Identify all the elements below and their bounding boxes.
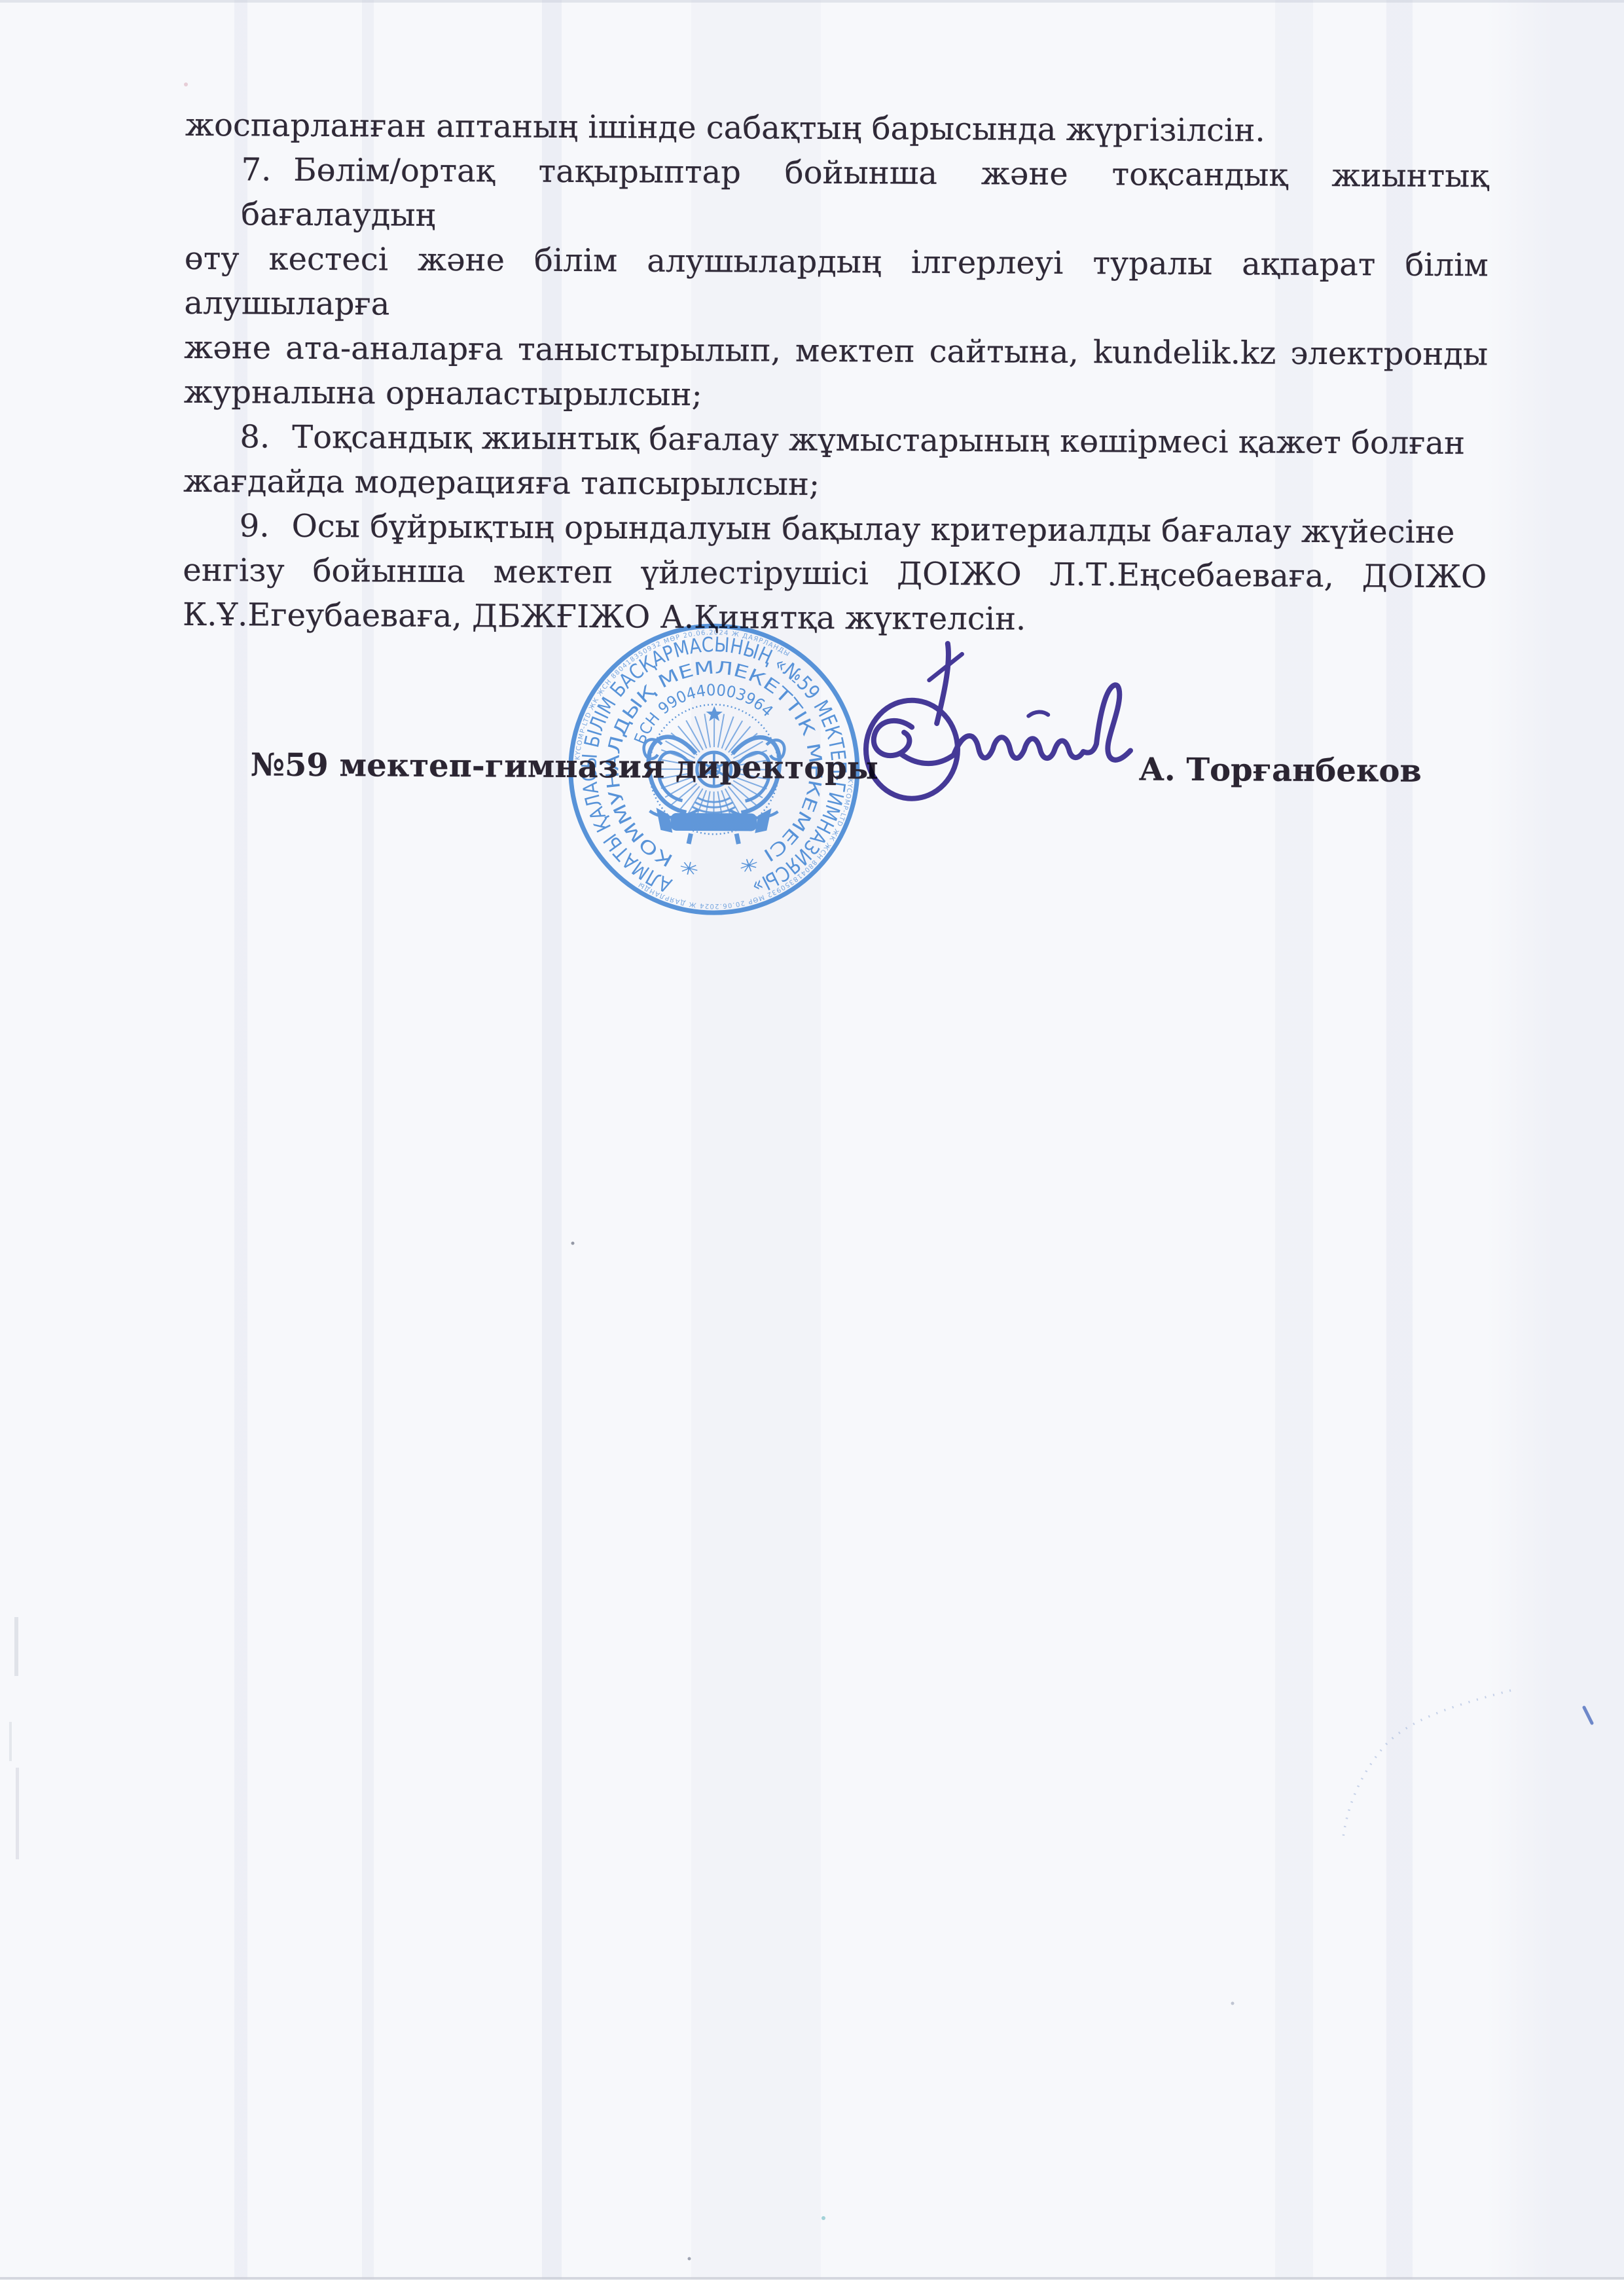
list-number: 7. bbox=[241, 151, 271, 188]
list-number: 9. bbox=[240, 507, 270, 544]
emblem-banner-text: QAZAQSTAN bbox=[681, 818, 747, 828]
text-line: өту кестесі және білім алушылардың ілгер… bbox=[184, 236, 1489, 332]
scan-edge-line bbox=[0, 2277, 1624, 2280]
paragraph: жоспарланған аптаның ішінде сабақтың бар… bbox=[185, 103, 1489, 154]
director-signature bbox=[834, 615, 1176, 820]
scan-content: KYCOMP-LTD ЖК ЖСН 880418350932 МӨР 20.06… bbox=[0, 0, 1624, 2287]
text-line: жоспарланған аптаның ішінде сабақтың бар… bbox=[185, 103, 1489, 154]
text-line: және ата-аналарға таныстырылып, мектеп с… bbox=[184, 325, 1488, 376]
text-line: 9.Осы бұйрықтың орындалуын бақылау крите… bbox=[183, 503, 1487, 555]
director-title-label: №59 мектеп-гимназия директоры bbox=[251, 746, 878, 786]
text-line: 8.Тоқсандық жиынтық бағалау жұмыстарының… bbox=[183, 414, 1487, 465]
paragraph: 7.Бөлім/ортақ тақырыптар бойынша және то… bbox=[184, 147, 1489, 421]
director-name: А. Торғанбеков bbox=[1139, 752, 1422, 790]
text-line: енгізу бойынша мектеп үйлестірушісі ДОІЖ… bbox=[183, 548, 1487, 599]
scanned-page: KYCOMP-LTD ЖК ЖСН 880418350932 МӨР 20.06… bbox=[0, 0, 1624, 2280]
document-body: жоспарланған аптаның ішінде сабақтың бар… bbox=[183, 103, 1489, 644]
text-line: жағдайда модерацияға тапсырылсын; bbox=[183, 459, 1487, 510]
signature-row: №59 мектеп-гимназия директоры А. Торғанб… bbox=[0, 745, 1621, 799]
emblem-ribbon: QAZAQSTAN bbox=[656, 808, 771, 845]
paragraph: 8.Тоқсандық жиынтық бағалау жұмыстарының… bbox=[183, 414, 1488, 510]
text-line: журналына орналастырылсын; bbox=[184, 370, 1488, 421]
text-line: 7.Бөлім/ортақ тақырыптар бойынша және то… bbox=[185, 147, 1489, 243]
list-number: 8. bbox=[240, 418, 270, 455]
